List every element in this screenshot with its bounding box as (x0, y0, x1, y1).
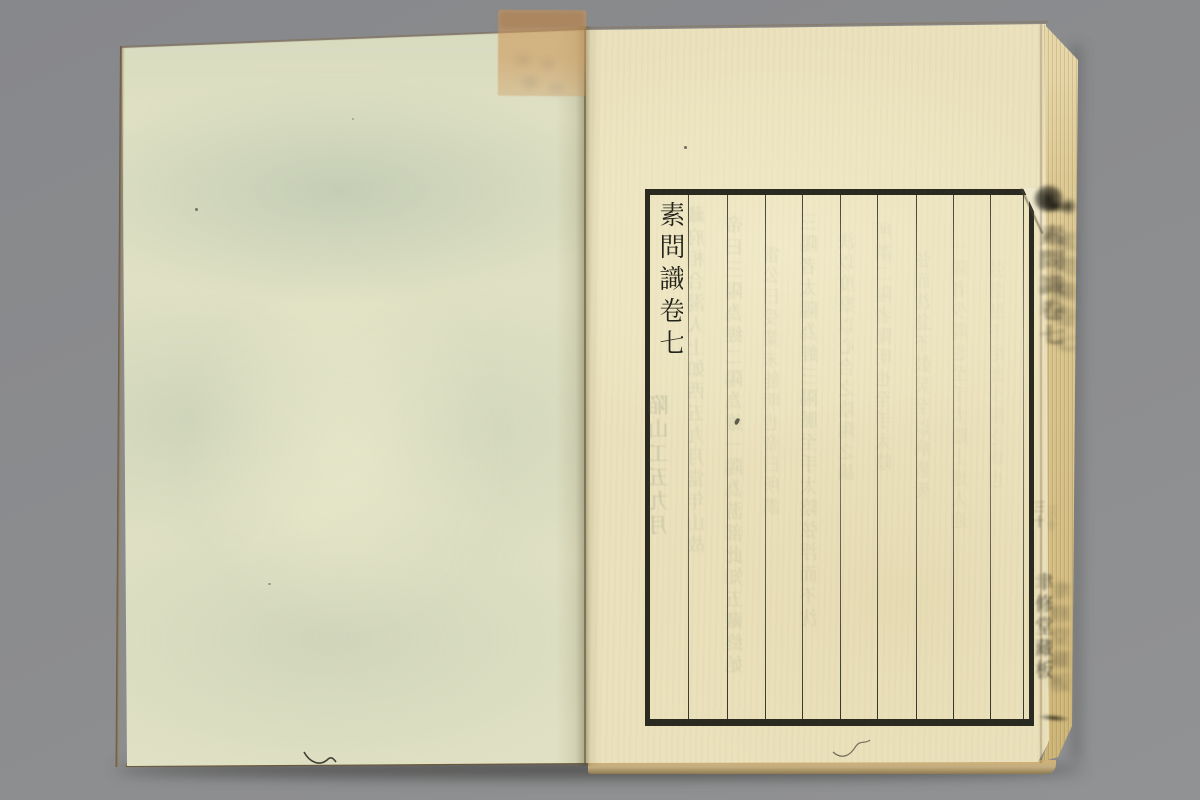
column-rule (1023, 195, 1024, 719)
bleedthrough-text: 陥山工五九月 (649, 394, 679, 559)
bleedthrough-text: 弦急懸不絕此少陽之病也 (989, 260, 1023, 660)
fore-edge-page-number-smear: 三十 (1031, 500, 1044, 546)
fore-edge-page-number-smear-echo: 三十 (1045, 505, 1057, 547)
bleedthrough-text: 藏府相合湯人上如西五九月當年山故 (688, 205, 724, 695)
fore-edge-spine-title-smear-echo: 素問識卷七 (1049, 230, 1075, 373)
bleedthrough-text: 帝曰三陽為經二陽為維一陽為游部此知五藏終始 (726, 215, 762, 695)
stray-fiber (830, 736, 872, 764)
paper-speck (268, 583, 271, 585)
book-photo: 素問識卷七 陥山工五九月 藏府相合湯人上如西五九月當年山故 帝曰三陽為經二陽為維… (0, 0, 1200, 800)
stray-fiber (302, 744, 338, 770)
bleedthrough-text: 所謂二陽者陽明也至手太陰 (876, 222, 911, 672)
left-page-side-edge (116, 46, 125, 767)
fore-edge-publisher-smear-echo: 聿修堂藏板 (1046, 581, 1069, 731)
paper-speck (352, 118, 354, 120)
bleedthrough-text: 雷公曰受業未能明也帝曰所謂 (764, 245, 799, 675)
repair-tape-shading (500, 12, 584, 28)
paper-speck (195, 208, 198, 211)
bleedthrough-text: 決以度察以心合之陰陽之論 (839, 232, 874, 662)
bleedthrough-text: 三陽者太陽為經三陽脈至手太陰弦浮而不沈 (801, 212, 837, 692)
bleedthrough-text: 弦而沈急不鼓炅至以病皆死 (915, 250, 949, 670)
volume-title: 素問識卷七 (649, 201, 683, 383)
bleedthrough-text: 一陽者少陽也至手太陰上連人迎 (952, 238, 986, 668)
gutter-line (584, 28, 586, 764)
left-page-highlight (180, 260, 510, 640)
paper-speck (684, 146, 687, 149)
